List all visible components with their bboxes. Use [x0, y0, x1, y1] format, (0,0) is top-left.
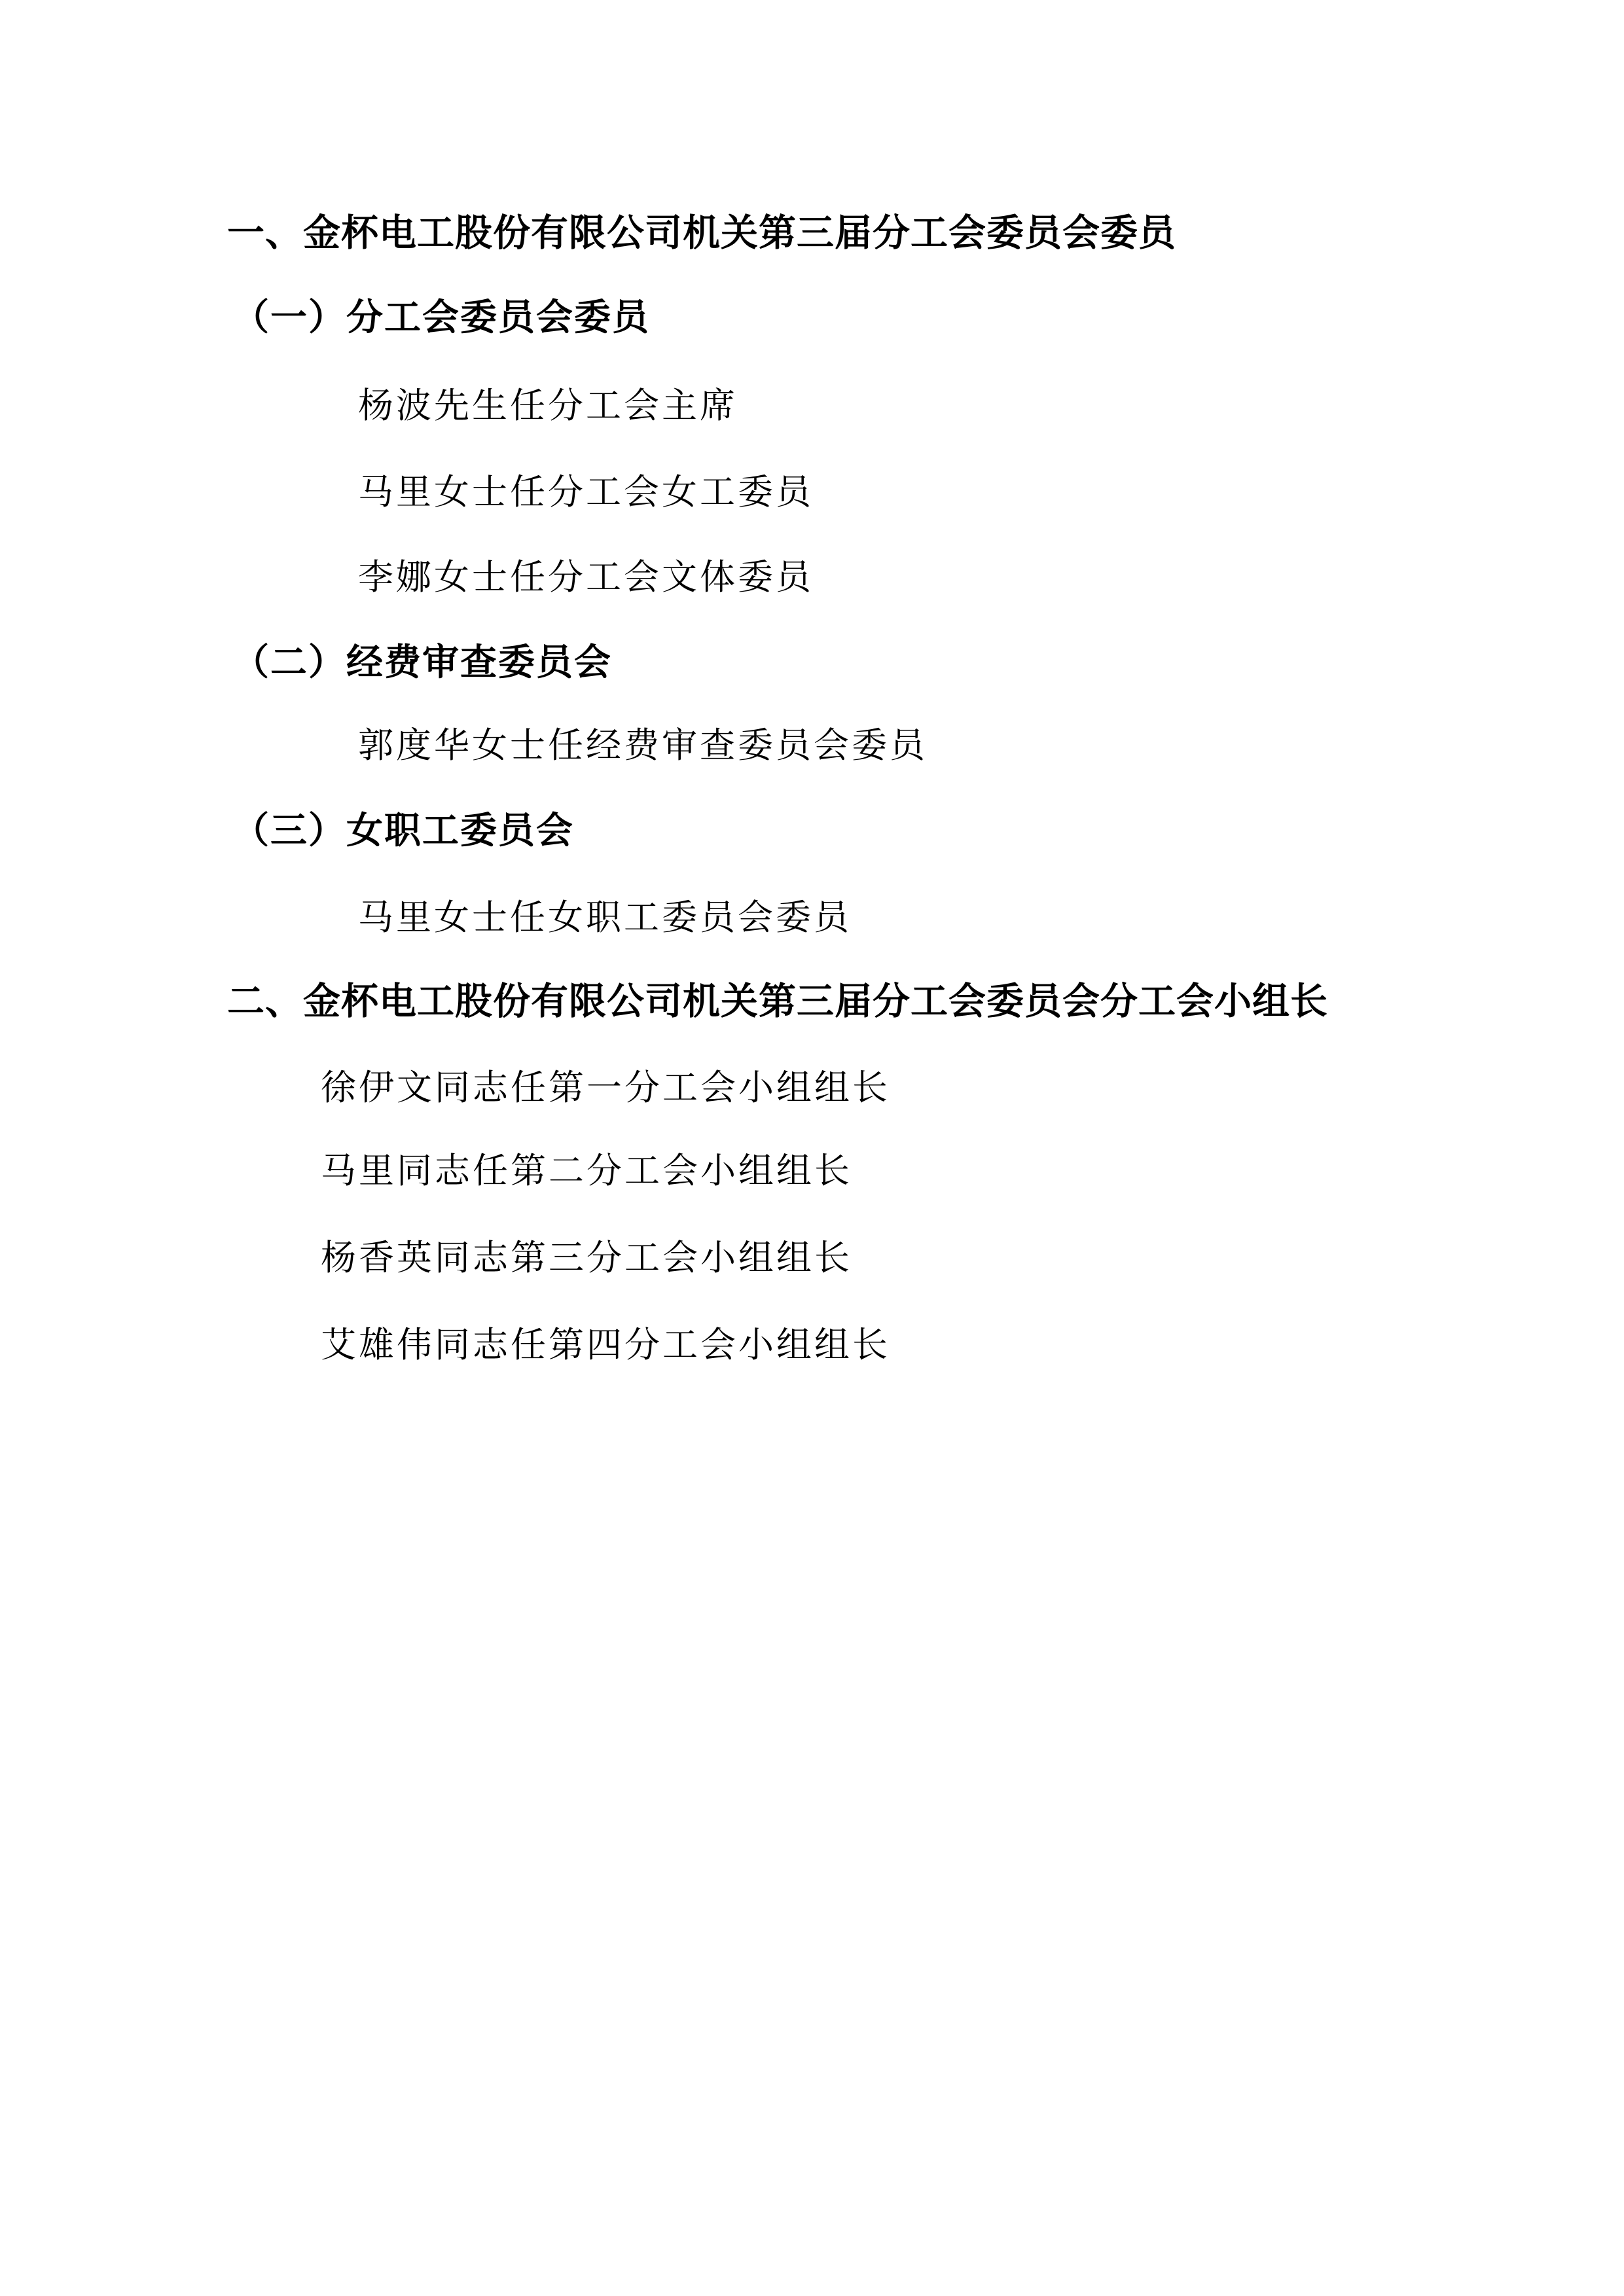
list-item-funds-review: 郭度华女士任经费审查委员会委员 [358, 728, 928, 763]
list-item-group-leader-3: 杨香英同志第三分工会小组组长 [321, 1240, 852, 1276]
subsection-1-3-heading: （三）女职工委员会 [232, 813, 574, 850]
list-item-group-leader-4: 艾雄伟同志任第四分工会小组组长 [321, 1327, 890, 1363]
list-item-women-worker: 马里女士任分工会女工委员 [358, 475, 814, 510]
section-1-heading: 一、金杯电工股份有限公司机关第三届分工会委员会委员 [227, 215, 1176, 252]
list-item-group-leader-1: 徐伊文同志任第一分工会小组组长 [321, 1070, 890, 1105]
list-item-group-leader-2: 马里同志任第二分工会小组组长 [321, 1153, 852, 1189]
list-item-chairman: 杨波先生任分工会主席 [358, 388, 738, 423]
list-item-culture-sports: 李娜女士任分工会文体委员 [358, 560, 814, 595]
subsection-1-2-heading: （二）经费审查委员会 [232, 645, 612, 681]
subsection-1-1-heading: （一）分工会委员会委员 [232, 300, 650, 336]
section-2-heading: 二、金杯电工股份有限公司机关第三届分工会委员会分工会小组长 [227, 983, 1328, 1020]
document-page: 一、金杯电工股份有限公司机关第三届分工会委员会委员 （一）分工会委员会委员 杨波… [0, 0, 1624, 2296]
list-item-women-committee: 马里女士任女职工委员会委员 [358, 900, 852, 935]
